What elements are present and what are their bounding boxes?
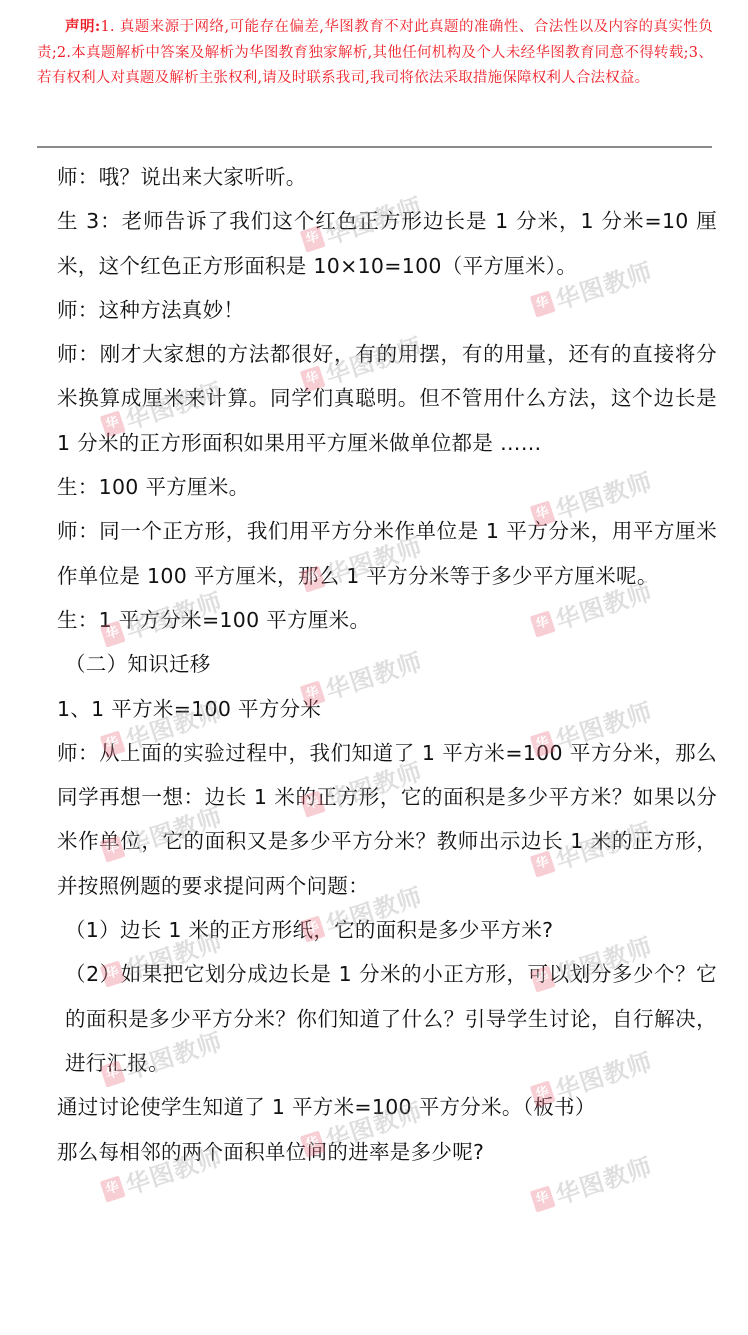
document-body: 师：哦？说出来大家听听。 生 3：老师告诉了我们这个红色正方形边长是 1 分米，… [57, 155, 717, 1174]
disclaimer: 声明:1. 真题来源于网络,可能存在偏差,华图教育不对此真题的准确性、合法性以及… [37, 14, 713, 92]
question-item: （2）如果把它划分成边长是 1 分米的小正方形，可以划分多少个？它的面积是多少平… [57, 952, 717, 1085]
paragraph: 师：这种方法真妙！ [57, 288, 717, 332]
watermark-logo-icon: 华 [530, 1185, 556, 1212]
paragraph: 生：1 平方分米=100 平方厘米。 [57, 598, 717, 642]
paragraph: 师：哦？说出来大家听听。 [57, 155, 717, 199]
paragraph: 师：同一个正方形，我们用平方分米作单位是 1 平方分米，用平方厘米作单位是 10… [57, 509, 717, 598]
paragraph: 通过讨论使学生知道了 1 平方米=100 平方分米。（板书） [57, 1085, 717, 1129]
divider [37, 146, 712, 148]
section-heading: （二）知识迁移 [57, 642, 717, 686]
paragraph: 那么每相邻的两个面积单位间的进率是多少呢? [57, 1130, 717, 1174]
question-item: （1）边长 1 米的正方形纸，它的面积是多少平方米? [57, 908, 717, 952]
paragraph: 生：100 平方厘米。 [57, 465, 717, 509]
subsection-heading: 1、1 平方米=100 平方分米 [57, 687, 717, 731]
paragraph: 生 3：老师告诉了我们这个红色正方形边长是 1 分米，1 分米=10 厘米，这个… [57, 199, 717, 288]
watermark-logo-icon: 华 [100, 1175, 126, 1202]
disclaimer-lead: 声明: [65, 18, 100, 35]
disclaimer-text: 1. 真题来源于网络,可能存在偏差,华图教育不对此真题的准确性、合法性以及内容的… [37, 19, 713, 86]
paragraph: 师：刚才大家想的方法都很好，有的用摆，有的用量，还有的直接将分米换算成厘米来计算… [57, 332, 717, 465]
paragraph: 师：从上面的实验过程中，我们知道了 1 平方米=100 平方分米，那么同学再想一… [57, 731, 717, 908]
